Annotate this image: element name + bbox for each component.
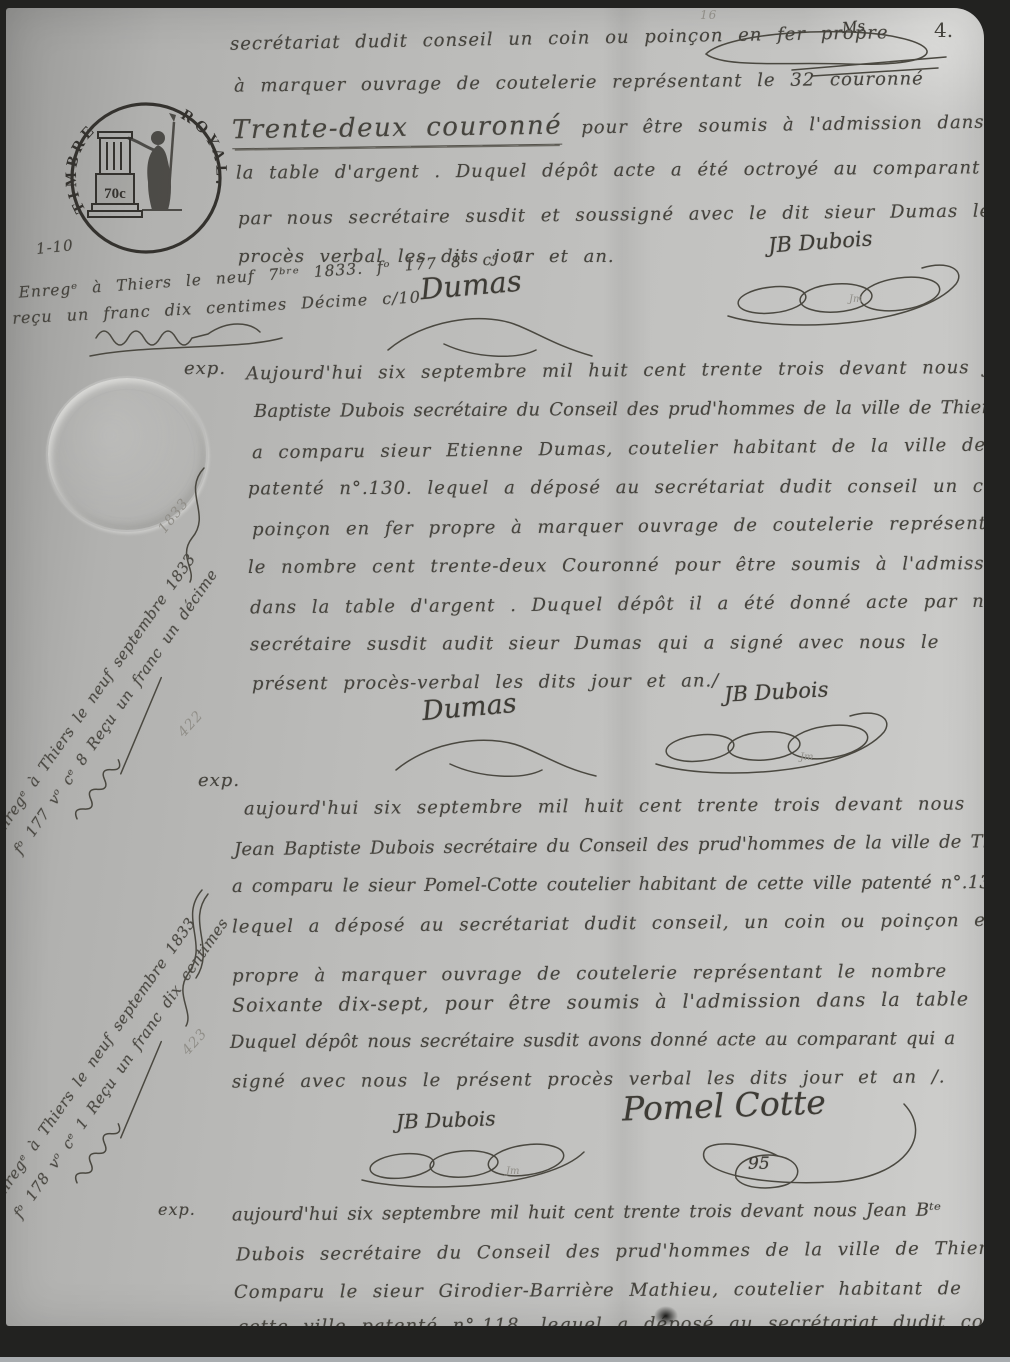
signature-paraph: Jm — [849, 294, 863, 305]
text-line: aujourd'hui six septembre mil huit cent … — [244, 793, 965, 819]
signature-dubois: JB Dubois — [723, 677, 829, 706]
text-line: dans la table d'argent . Duquel dépôt il… — [250, 591, 984, 619]
folio-mark: 16 — [700, 8, 717, 22]
signature-dubois: JB Dubois — [767, 226, 873, 257]
entry-label: exp. — [158, 1200, 196, 1219]
timbre-royal-stamp: TIMBRE ROYAL. 70c — [60, 92, 232, 264]
text-line: Comparu le sieur Girodier-Barrière Mathi… — [234, 1278, 962, 1303]
margin-registration-note: 1-10 Enregᵉ à Thiers le neuf septembre 1… — [6, 883, 263, 1244]
signature-paraph: Jm — [800, 752, 814, 763]
text-line: Duquel dépôt nous secrétaire susdit avon… — [230, 1028, 955, 1053]
signature-flourish — [724, 254, 970, 346]
text-line: a comparu le sieur Pomel-Cotte coutelier… — [232, 872, 984, 897]
document-page: 16 Ms 4. TIMBRE ROYAL. — [6, 8, 984, 1326]
text-line: Jean Baptiste Dubois secrétaire du Conse… — [234, 831, 984, 860]
entry-label: exp. — [184, 358, 226, 379]
deposited-number: 77 — [982, 942, 984, 977]
signature-flourish — [652, 704, 900, 790]
text-line: propre à marquer ouvrage de coutelerie r… — [232, 949, 984, 990]
text-line: à marquer ouvrage de coutelerie représen… — [234, 68, 924, 96]
text-line: la table d'argent . Duquel dépôt acte a … — [236, 157, 980, 183]
text-line: Baptiste Dubois secrétaire du Conseil de… — [254, 397, 984, 422]
ink-blot — [654, 1306, 678, 1326]
svg-text:TIMBRE: TIMBRE — [63, 120, 100, 216]
text-line: poinçon en fer propre à marquer ouvrage … — [252, 513, 984, 541]
stamp-arc-left: TIMBRE — [63, 120, 100, 216]
page-number: 4. — [934, 18, 953, 42]
stamp-figure-icon — [128, 113, 182, 210]
text-line: patenté n°.130. lequel a déposé au secré… — [248, 476, 984, 500]
text-line: lequel a déposé au secrétariat dudit con… — [232, 909, 984, 937]
embossed-seal-ring — [59, 389, 195, 519]
text-line: par nous secrétaire susdit et soussigné … — [238, 200, 984, 230]
text-line: Aujourd'hui six septembre mil huit cent … — [246, 357, 984, 385]
text-line: signé avec nous le présent procès verbal… — [232, 1067, 946, 1093]
svg-text:ROYAL.: ROYAL. — [178, 106, 230, 189]
scanned-document: 16 Ms 4. TIMBRE ROYAL. — [0, 0, 1010, 1362]
signature-flourish — [392, 728, 602, 780]
text-line: Trente-deux couronné pour être soumis à … — [232, 105, 984, 146]
text-line: aujourd'hui six septembre mil huit cent … — [232, 1200, 941, 1226]
scanner-edge — [0, 1357, 1010, 1362]
entry-label: exp. — [198, 770, 240, 791]
signature-paraph: Jm — [506, 1166, 520, 1177]
stamp-arc-right: ROYAL. — [178, 106, 230, 189]
text-line: le nombre cent trente-deux Couronné pour… — [248, 553, 984, 578]
signature-flourish — [358, 1130, 598, 1196]
margin-reference-number: 422 — [175, 708, 207, 741]
stamp-press-icon — [88, 132, 142, 217]
text-line: cette ville patenté n°.118, lequel a dép… — [238, 1311, 984, 1326]
margin-registration-note: 1-10 Enregᵉ à Thiers le neuf septembre 1… — [6, 519, 263, 880]
signature-flourish — [384, 306, 599, 361]
text-line: secrétaire susdit audit sieur Dumas qui … — [250, 632, 939, 655]
text-line: a comparu sieur Etienne Dumas, coutelier… — [252, 434, 984, 464]
stamp-value: 70c — [104, 186, 126, 202]
text-line: Soixante dix-sept, pour être soumis à l'… — [232, 987, 984, 1016]
text-line: procès verbal les dits jour et an. — [238, 246, 615, 267]
paraph-number: 95 — [748, 1154, 770, 1174]
text-line: Dubois secrétaire du Conseil des prud'ho… — [236, 1238, 984, 1266]
amount-in-words: Trente-deux couronné — [232, 111, 563, 150]
signature-dumas: Dumas — [421, 688, 518, 727]
